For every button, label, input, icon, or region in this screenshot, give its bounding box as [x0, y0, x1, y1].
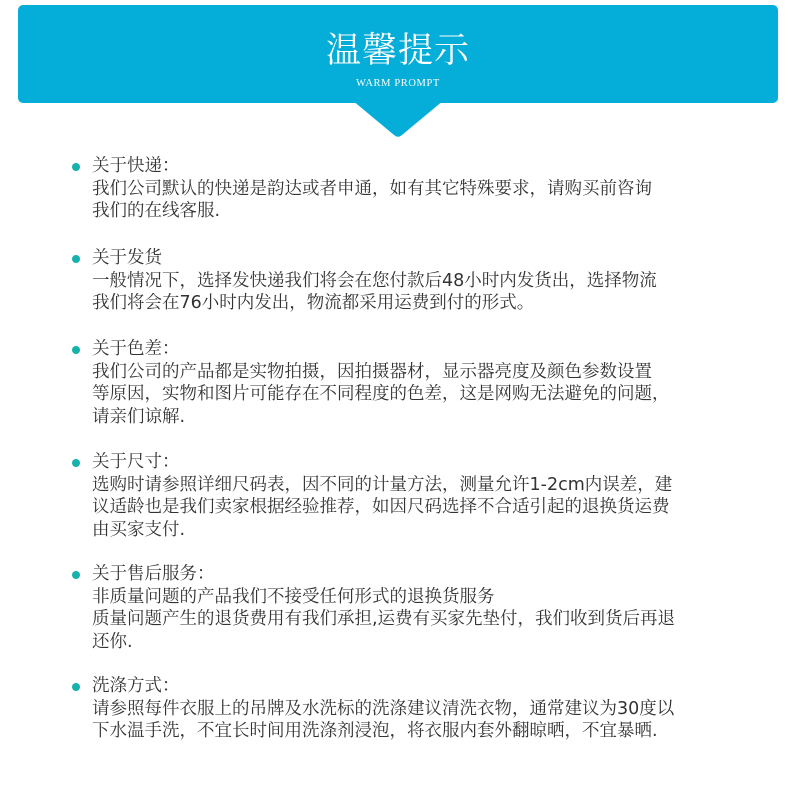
- section-text-line: 我们的在线客服.: [92, 200, 732, 223]
- section-text-line: 我们将会在76小时内发出，物流都采用运费到付的形式。: [92, 292, 732, 315]
- section-text-line: 一般情况下，选择发快递我们将会在您付款后48小时内发货出，选择物流: [92, 270, 732, 293]
- warm-prompt-banner: 温馨提示 WARM PROMPT: [18, 5, 778, 103]
- section-heading: 洗涤方式：: [92, 675, 732, 698]
- section-text-line: 等原因，实物和图片可能存在不同程度的色差，这是网购无法避免的问题，: [92, 383, 732, 406]
- section-delivery: 关于快递： 我们公司默认的快递是韵达或者申通，如有其它特殊要求，请购买前咨询 我…: [92, 155, 732, 223]
- banner-pointer-triangle: [352, 100, 444, 140]
- bullet-dot-icon: [72, 683, 80, 691]
- section-shipping: 关于发货 一般情况下，选择发快递我们将会在您付款后48小时内发货出，选择物流 我…: [92, 247, 732, 315]
- section-washing: 洗涤方式： 请参照每件衣服上的吊牌及水洗标的洗涤建议清洗衣物，通常建议为30度以…: [92, 675, 732, 743]
- section-text-line: 下水温手洗，不宜长时间用洗涤剂浸泡，将衣服内套外翻晾晒，不宜暴晒.: [92, 720, 732, 743]
- section-color-difference: 关于色差： 我们公司的产品都是实物拍摄，因拍摄器材，显示器亮度及颜色参数设置 等…: [92, 338, 732, 428]
- section-text-line: 由买家支付.: [92, 519, 732, 542]
- section-heading: 关于色差：: [92, 338, 732, 361]
- section-heading: 关于售后服务：: [92, 563, 732, 586]
- bullet-dot-icon: [72, 255, 80, 263]
- section-text-line: 请亲们谅解.: [92, 406, 732, 429]
- bullet-dot-icon: [72, 571, 80, 579]
- section-text-line: 非质量问题的产品我们不接受任何形式的退换货服务: [92, 586, 732, 609]
- section-text-line: 还你.: [92, 631, 732, 654]
- section-text-line: 议适龄也是我们卖家根据经验推荐，如因尺码选择不合适引起的退换货运费: [92, 496, 732, 519]
- section-after-sales: 关于售后服务： 非质量问题的产品我们不接受任何形式的退换货服务 质量问题产生的退…: [92, 563, 732, 653]
- pointer-triangle-icon: [352, 100, 444, 140]
- section-heading: 关于尺寸：: [92, 451, 732, 474]
- banner-title: 温馨提示: [18, 29, 778, 73]
- section-text-line: 我们公司的产品都是实物拍摄，因拍摄器材，显示器亮度及颜色参数设置: [92, 361, 732, 384]
- section-size: 关于尺寸： 选购时请参照详细尺码表，因不同的计量方法，测量允许1-2cm内误差，…: [92, 451, 732, 541]
- section-text-line: 我们公司默认的快递是韵达或者申通，如有其它特殊要求，请购买前咨询: [92, 178, 732, 201]
- bullet-dot-icon: [72, 346, 80, 354]
- section-heading: 关于发货: [92, 247, 732, 270]
- bullet-dot-icon: [72, 459, 80, 467]
- section-text-line: 选购时请参照详细尺码表，因不同的计量方法，测量允许1-2cm内误差，建: [92, 474, 732, 497]
- section-text-line: 请参照每件衣服上的吊牌及水洗标的洗涤建议清洗衣物，通常建议为30度以: [92, 698, 732, 721]
- section-text-line: 质量问题产生的退货费用有我们承担,运费有买家先垫付，我们收到货后再退: [92, 608, 732, 631]
- bullet-dot-icon: [72, 163, 80, 171]
- section-heading: 关于快递：: [92, 155, 732, 178]
- banner-subtitle: WARM PROMPT: [18, 78, 778, 90]
